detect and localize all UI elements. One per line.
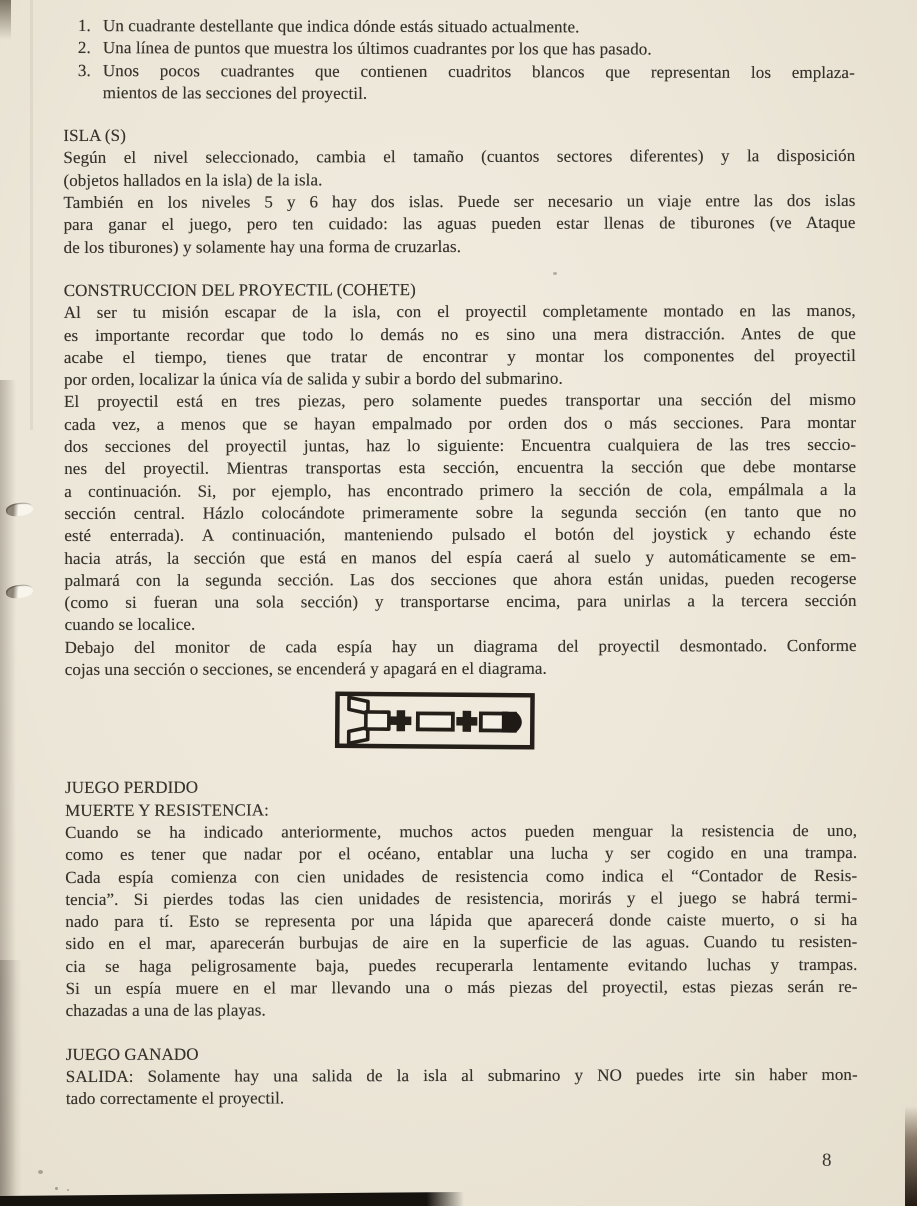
- rocket-tail-section-icon: [349, 698, 389, 744]
- text-line: CONSTRUCCION DEL PROYECTIL (COHETE): [64, 278, 856, 302]
- text-line: Al ser tu misión escapar de la isla, con…: [64, 300, 856, 324]
- paragraph: Cuando se ha indicado anteriormente, muc…: [65, 820, 858, 1023]
- text-line: El proyectil está en tres piezas, pero s…: [64, 389, 856, 413]
- text-line: tencia”. Si pierdes todas las cien unida…: [65, 887, 857, 911]
- text-line: para ganar el juego, pero ten cuidado: l…: [64, 212, 856, 236]
- plus-icon: [456, 711, 477, 732]
- rocket-mid-section-icon: [418, 714, 453, 730]
- paragraph: El proyectil está en tres piezas, pero s…: [64, 389, 857, 636]
- page-fold-line: [30, 0, 33, 430]
- text-line: a continuación. Si, por ejemplo, has enc…: [64, 479, 856, 503]
- rocket-assembly-diagram: [335, 692, 535, 751]
- section-heading: ISLA (S): [63, 123, 855, 147]
- text-line: acabe el tiempo, tienes que tratar de en…: [64, 345, 856, 369]
- text-line: Cada espía comienza con cien unidades de…: [65, 864, 857, 888]
- list-item-text: Unos pocos cuadrantes que contienen cuad…: [103, 60, 855, 107]
- scan-edge-right: [905, 1106, 917, 1206]
- section-heading: JUEGO PERDIDOMUERTE Y RESISTENCIA:: [65, 775, 857, 822]
- paper-speck: [553, 272, 557, 275]
- text-line: Según el nivel seleccionado, cambia el t…: [63, 145, 855, 169]
- text-line: JUEGO PERDIDO: [65, 775, 857, 799]
- text-line: hacia atrás, la sección que está en mano…: [64, 545, 856, 569]
- scan-edge-bottom: [0, 1192, 464, 1206]
- list-marker: 3.: [78, 60, 103, 105]
- text-line: sido en el mar, aparecerán burbujas de a…: [65, 931, 857, 955]
- plus-icon: [390, 710, 411, 731]
- text-line: nes del proyectil. Mientras transportas …: [64, 456, 856, 480]
- text-line: JUEGO GANADO: [66, 1042, 858, 1066]
- text-line: dos secciones del proyectil juntas, haz …: [64, 434, 856, 458]
- paragraph: Debajo del monitor de cada espía hay un …: [65, 635, 857, 682]
- text-line: como es tener que nadar por el océano, e…: [65, 842, 857, 866]
- text-line: mientos de las secciones del proyectil.: [103, 82, 855, 106]
- paper-speck: [67, 1189, 69, 1191]
- text-line: También en los niveles 5 y 6 hay dos isl…: [63, 190, 855, 214]
- text-line: (objetos hallados en la isla) de la isla…: [63, 168, 855, 192]
- text-line: palmará con la segunda sección. Las dos …: [64, 568, 856, 592]
- numbered-list: 1.Un cuadrante destellante que indica dó…: [63, 15, 855, 106]
- text-line: MUERTE Y RESISTENCIA:: [65, 798, 857, 822]
- text-line: (como si fueran una sola sección) y tran…: [65, 590, 857, 614]
- text-line: de los tiburones) y solamente hay una fo…: [64, 235, 856, 259]
- list-marker: 1.: [78, 15, 103, 37]
- list-item: 2.Una línea de puntos que muestra los úl…: [63, 37, 855, 61]
- page-content: 1.Un cuadrante destellante que indica dó…: [63, 13, 858, 1111]
- text-line: SALIDA: Solamente hay una salida de la i…: [66, 1064, 858, 1088]
- text-line: Unos pocos cuadrantes que contienen cuad…: [103, 60, 855, 84]
- text-line: cia se haga peligrosamente baja, puedes …: [65, 954, 857, 978]
- paper-speck: [55, 1187, 58, 1190]
- list-item-text: Un cuadrante destellante que indica dónd…: [103, 15, 855, 39]
- scan-edge-top-left: [0, 0, 11, 40]
- text-line: Un cuadrante destellante que indica dónd…: [103, 15, 855, 39]
- text-line: sección central. Házlo colocándote prime…: [64, 501, 856, 525]
- text-line: esté enterrada). A continuación, manteni…: [64, 523, 856, 547]
- paragraph: Al ser tu misión escapar de la isla, con…: [64, 300, 856, 391]
- list-marker: 2.: [78, 37, 103, 59]
- text-line: ISLA (S): [63, 123, 855, 147]
- paragraph: Según el nivel seleccionado, cambia el t…: [63, 145, 855, 192]
- text-line: Una línea de puntos que muestra los últi…: [103, 37, 855, 61]
- text-line: cojas una sección o secciones, se encend…: [65, 657, 857, 681]
- text-line: Cuando se ha indicado anteriormente, muc…: [65, 820, 857, 844]
- list-item: 1.Un cuadrante destellante que indica dó…: [63, 15, 855, 39]
- text-line: cada vez, a menos que se hayan empalmado…: [64, 412, 856, 436]
- text-line: nado para tí. Esto se representa por una…: [65, 909, 857, 933]
- paper-speck: [38, 1170, 43, 1174]
- text-line: Debajo del monitor de cada espía hay un …: [65, 635, 857, 659]
- list-item-text: Una línea de puntos que muestra los últi…: [103, 37, 855, 61]
- text-line: cuando se localice.: [65, 612, 857, 636]
- spine-shadow-lower: [0, 960, 22, 1206]
- list-item: 3.Unos pocos cuadrantes que contienen cu…: [63, 60, 855, 107]
- rocket-nose-section-icon: [481, 712, 522, 733]
- text-line: es importante recordar que todo lo demás…: [64, 322, 856, 346]
- text-line: chazadas a una de las playas.: [66, 998, 858, 1022]
- paragraph: SALIDA: Solamente hay una salida de la i…: [66, 1064, 858, 1111]
- page-number: 8: [822, 1150, 832, 1172]
- text-line: Si un espía muere en el mar llevando una…: [66, 976, 858, 1000]
- section-heading: CONSTRUCCION DEL PROYECTIL (COHETE): [64, 278, 856, 302]
- text-line: por orden, localizar la única vía de sal…: [64, 367, 856, 391]
- section-heading: JUEGO GANADO: [66, 1042, 858, 1066]
- paragraph: También en los niveles 5 y 6 hay dos isl…: [63, 190, 855, 259]
- text-line: tado correctamente el proyectil.: [66, 1086, 858, 1110]
